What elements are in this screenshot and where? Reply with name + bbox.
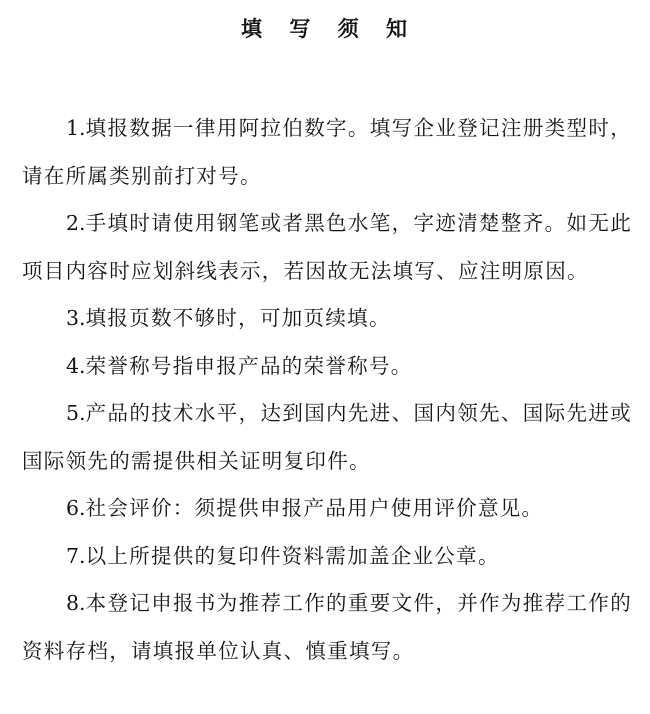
item-text: 本登记申报书为推荐工作的重要文件，并作为推荐工作的资料存档，请填报单位认真、慎重… xyxy=(22,591,632,663)
item-number: 4. xyxy=(66,354,86,378)
instructions-list: 1.填报数据一律用阿拉伯数字。填写企业登记注册类型时，请在所属类别前打对号。 2… xyxy=(22,105,632,675)
instruction-item-2: 2.手填时请使用钢笔或者黑色水笔，字迹清楚整齐。如无此项目内容时应划斜线表示，若… xyxy=(22,200,632,295)
item-number: 2. xyxy=(66,211,86,235)
item-number: 1. xyxy=(66,116,86,140)
instruction-item-4: 4.荣誉称号指申报产品的荣誉称号。 xyxy=(22,343,632,391)
item-number: 5. xyxy=(66,401,86,425)
instruction-item-1: 1.填报数据一律用阿拉伯数字。填写企业登记注册类型时，请在所属类别前打对号。 xyxy=(22,105,632,200)
item-text: 荣誉称号指申报产品的荣誉称号。 xyxy=(86,354,413,378)
item-text: 填报页数不够时，可加页续填。 xyxy=(86,306,391,330)
instruction-item-3: 3.填报页数不够时，可加页续填。 xyxy=(22,295,632,343)
item-number: 3. xyxy=(66,306,86,330)
instruction-item-5: 5.产品的技术水平，达到国内先进、国内领先、国际先进或国际领先的需提供相关证明复… xyxy=(22,390,632,485)
instruction-item-6: 6.社会评价：须提供申报产品用户使用评价意见。 xyxy=(22,485,632,533)
instruction-item-8: 8.本登记申报书为推荐工作的重要文件，并作为推荐工作的资料存档，请填报单位认真、… xyxy=(22,580,632,675)
instruction-item-7: 7.以上所提供的复印件资料需加盖企业公章。 xyxy=(22,533,632,581)
item-number: 7. xyxy=(66,544,86,568)
item-number: 6. xyxy=(66,496,86,520)
item-number: 8. xyxy=(66,591,86,615)
item-text: 社会评价：须提供申报产品用户使用评价意见。 xyxy=(86,496,544,520)
item-text: 以上所提供的复印件资料需加盖企业公章。 xyxy=(86,544,500,568)
item-text: 产品的技术水平，达到国内先进、国内领先、国际先进或国际领先的需提供相关证明复印件… xyxy=(22,401,632,473)
page-title: 填 写 须 知 xyxy=(0,14,650,44)
item-text: 填报数据一律用阿拉伯数字。填写企业登记注册类型时，请在所属类别前打对号。 xyxy=(22,116,632,188)
item-text: 手填时请使用钢笔或者黑色水笔，字迹清楚整齐。如无此项目内容时应划斜线表示，若因故… xyxy=(22,211,632,283)
